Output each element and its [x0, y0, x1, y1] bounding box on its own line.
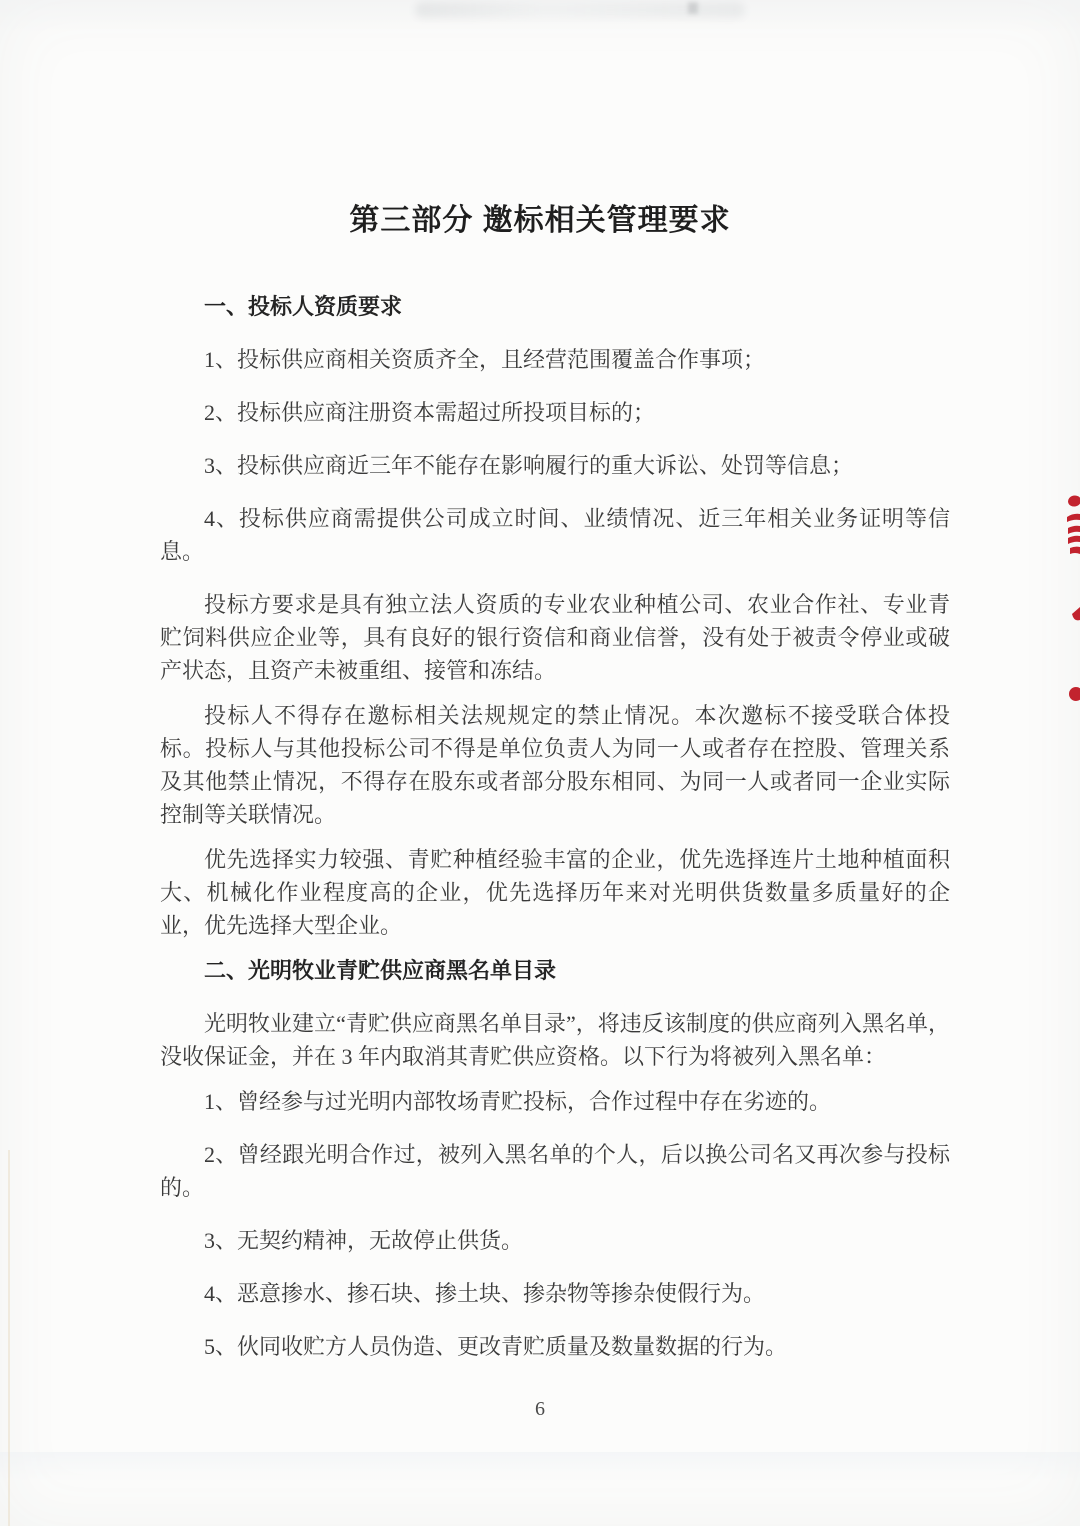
document-body: 一、投标人资质要求 1、投标供应商相关资质齐全，且经营范围覆盖合作事项； 2、投… — [160, 290, 950, 1363]
list-item: 3、投标供应商近三年不能存在影响履行的重大诉讼、处罚等信息； — [160, 449, 950, 482]
list-item: 4、恶意掺水、掺石块、掺土块、掺杂物等掺杂使假行为。 — [160, 1277, 950, 1310]
scanned-document-page: 第三部分 邀标相关管理要求 一、投标人资质要求 1、投标供应商相关资质齐全，且经… — [0, 0, 1080, 1526]
list-item: 5、伙同收贮方人员伪造、更改青贮质量及数量数据的行为。 — [160, 1330, 950, 1363]
scan-artifact — [688, 2, 698, 14]
list-item: 2、投标供应商注册资本需超过所投项目标的； — [160, 396, 950, 429]
scan-edge-line — [8, 1150, 10, 1526]
page-number: 6 — [0, 1398, 1080, 1421]
scan-shading-bottom — [0, 1452, 1080, 1482]
list-item: 4、投标供应商需提供公司成立时间、业绩情况、近三年相关业务证明等信息。 — [160, 502, 950, 568]
section-heading: 二、光明牧业青贮供应商黑名单目录 — [160, 954, 950, 987]
paragraph: 优先选择实力较强、青贮种植经验丰富的企业，优先选择连片土地种植面积大、机械化作业… — [160, 843, 950, 942]
list-item: 3、无契约精神，无故停止供货。 — [160, 1224, 950, 1257]
page-title: 第三部分 邀标相关管理要求 — [0, 0, 1080, 242]
red-seal-stamp-fragment-icon — [1060, 488, 1080, 718]
list-item: 1、曾经参与过光明内部牧场青贮投标，合作过程中存在劣迹的。 — [160, 1085, 950, 1118]
paragraph: 光明牧业建立“青贮供应商黑名单目录”，将违反该制度的供应商列入黑名单，没收保证金… — [160, 1007, 950, 1073]
list-item: 1、投标供应商相关资质齐全，且经营范围覆盖合作事项； — [160, 343, 950, 376]
paragraph: 投标方要求是具有独立法人资质的专业农业种植公司、农业合作社、专业青贮饲料供应企业… — [160, 588, 950, 687]
list-item: 2、曾经跟光明合作过，被列入黑名单的个人，后以换公司名又再次参与投标的。 — [160, 1138, 950, 1204]
paragraph: 投标人不得存在邀标相关法规规定的禁止情况。本次邀标不接受联合体投标。投标人与其他… — [160, 699, 950, 831]
section-heading: 一、投标人资质要求 — [160, 290, 950, 323]
